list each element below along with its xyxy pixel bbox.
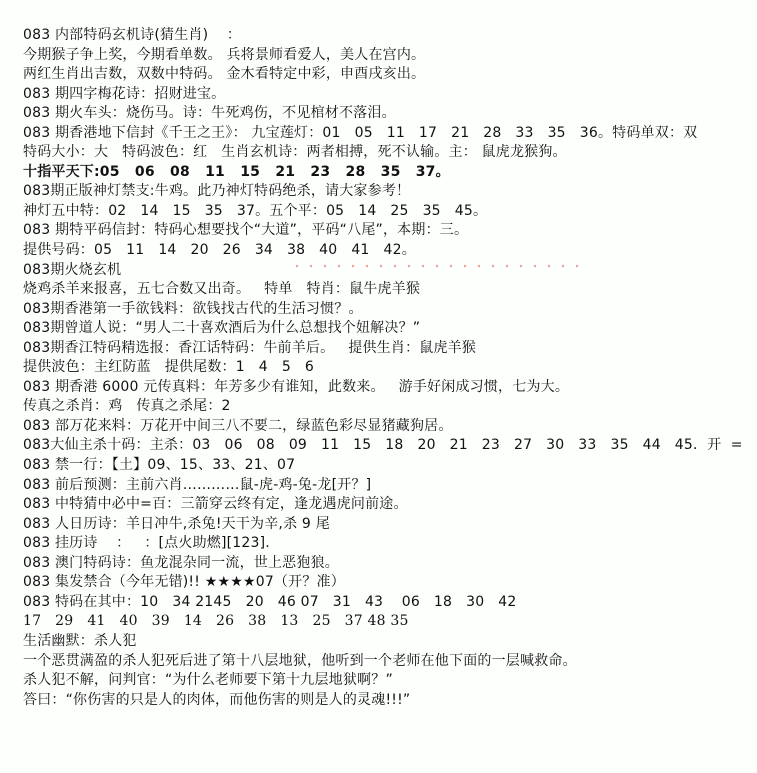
- text-line: 083大仙主杀十码：主杀：03 06 08 09 11 15 18 20 21 …: [23, 436, 757, 456]
- text-line: 083 期火车头：烧伤马。诗：牛死鸡伤，不见棺材不落泪。: [23, 104, 757, 124]
- humor-line: 一个恶贯满盈的杀人犯死后进了第十八层地狱，他听到一个老师在他下面的一层喊救命。: [23, 652, 757, 672]
- text-line: 083期香江特码精选报：香江话特码：牛前羊后。 提供生肖：鼠虎羊猴: [23, 339, 757, 359]
- text-line: 083 中特猜中必中=百：三箭穿云终有定，逢龙遇虎问前途。: [23, 495, 757, 515]
- document-page: 083 内部特码玄机诗(猜生肖) ： 今期猴子争上奖，今期看单数。 兵将景师看爱…: [0, 0, 757, 773]
- text-line: 神灯五中特：02 14 15 35 37。五个平：05 14 25 35 45。: [23, 202, 757, 222]
- text-line: 083期曾道人说：“男人二十喜欢酒后为什么总想找个妞解决？”: [23, 319, 757, 339]
- text-line: 083 期香港 6000 元传真料：年芳多少有谁知，此数来。 游手好闲成习惯，七…: [23, 378, 757, 398]
- text-line: 083 前后预测：主前六肖…………鼠-虎-鸡-兔-龙[开？]: [23, 476, 757, 496]
- humor-line: 答曰：“你伤害的只是人的肉体，而他伤害的则是人的灵魂!!!”: [23, 691, 757, 711]
- text-line: 083 部万花来料：万花开中间三八不要二，绿蓝色彩尽显猪藏狗居。: [23, 417, 757, 437]
- text-line: 083 人日历诗：羊日冲牛,杀兔!天干为辛,杀 9 尾: [23, 515, 757, 535]
- text-line: 083 集发禁合（今年无错)!! ★★★★07（开？准）: [23, 573, 757, 593]
- humor-line: 杀人犯不解，问判官：“为什么老师要下第十九层地狱啊？”: [23, 671, 757, 691]
- text-line: 083 期香港地下信封《千王之王》： 九宝莲灯：01 05 11 17 21 2…: [23, 124, 757, 144]
- text-line: 烧鸡杀羊来报喜，五七合数又出奇。 特单 特肖：鼠牛虎羊猴: [23, 280, 757, 300]
- text-line: 特码大小：大 特码波色：红 生肖玄机诗：两者相搏，死不认输。主： 鼠虎龙猴狗。: [23, 143, 757, 163]
- humor-title: 生活幽默：杀人犯: [23, 632, 757, 652]
- text-line: 传真之杀肖：鸡 传真之杀尾：2: [23, 397, 757, 417]
- text-line: 提供号码：05 11 14 20 26 34 38 40 41 42。: [23, 241, 757, 261]
- text-line: 083期香港第一手欲钱料：欲钱找古代的生活习惯？。: [23, 300, 757, 320]
- poem-line: 两红生肖出吉数，双数中特码。 金木看特定中彩，申酉戌亥出。: [23, 65, 757, 85]
- text-line: 083 期四字梅花诗：招财进宝。: [23, 85, 757, 105]
- text-line: 083 特码在其中：10 34 2145 20 46 07 31 43 06 1…: [23, 593, 757, 613]
- text-line-bold: 十指平天下:05 06 08 11 15 21 23 28 35 37。: [23, 163, 757, 183]
- text-line: 提供波色：主红防蓝 提供尾数：1 4 5 6: [23, 358, 757, 378]
- title-line: 083 内部特码玄机诗(猜生肖) ：: [23, 26, 757, 46]
- text-block: 083 内部特码玄机诗(猜生肖) ： 今期猴子争上奖，今期看单数。 兵将景师看爱…: [23, 26, 757, 710]
- text-line: 083 禁一行：【土】09、15、33、21、07: [23, 456, 757, 476]
- text-line: 083 期特平码信封：特码心想要找个“大道”，平码“八尾”，本期：三。: [23, 221, 757, 241]
- poem-line: 今期猴子争上奖，今期看单数。 兵将景师看爱人，美人在宫内。: [23, 46, 757, 66]
- text-line: 083 挂历诗 ： ：[点火助燃][123].: [23, 534, 757, 554]
- text-line: 083期火烧玄机: [23, 261, 757, 281]
- text-line: 083 澳门特码诗：鱼龙混杂同一流，世上恶狍狼。: [23, 554, 757, 574]
- text-line: 083期正版神灯禁支:牛鸡。此乃神灯特码绝杀，请大家参考！: [23, 182, 757, 202]
- number-line: 17 29 41 40 39 14 26 38 13 25 37 48 35: [23, 612, 757, 632]
